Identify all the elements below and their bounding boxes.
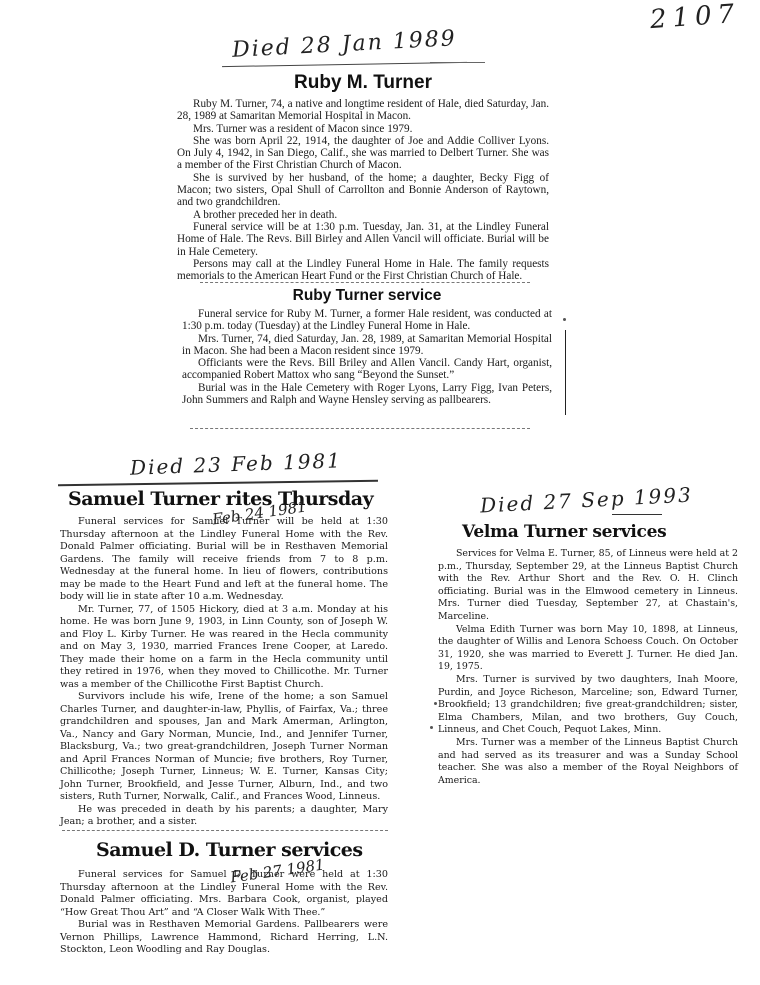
paragraph: Ruby M. Turner, 74, a native and longtim… [177,98,549,123]
paragraph: Officiants were the Revs. Bill Briley an… [182,357,552,382]
paragraph: Persons may call at the Lindley Funeral … [177,258,549,283]
ruby-service-body: Funeral service for Ruby M. Turner, a fo… [182,308,552,406]
clipping-edge [190,428,530,429]
paragraph: Funeral services for Samuel D. Turner we… [60,869,388,919]
paragraph: Mrs. Turner is survived by two daughters… [438,674,738,737]
paragraph: He was preceded in death by his parents;… [60,804,388,829]
scan-speck [430,726,433,729]
velma-services-clipping: Velma Turner services Services for Velma… [438,520,738,787]
samuel-services-clipping: Samuel D. Turner services Funeral servic… [60,837,388,957]
ruby-obituary-clipping: Ruby M. Turner Ruby M. Turner, 74, a nat… [177,68,549,282]
handwritten-death-date: Died 28 Jan 1989 [231,26,457,63]
clipping-edge [565,330,566,415]
paragraph: A brother preceded her in death. [177,209,549,221]
ruby-service-clipping: Ruby Turner service Funeral service for … [182,287,552,406]
paragraph: Mr. Turner, 77, of 1505 Hickory, died at… [60,604,388,692]
samuel-services-body: Funeral services for Samuel D. Turner we… [60,869,388,957]
paragraph: Funeral service will be at 1:30 p.m. Tue… [177,221,549,258]
ruby-obituary-body: Ruby M. Turner, 74, a native and longtim… [177,98,549,282]
handwritten-death-date: Died 23 Feb 1981 [130,448,343,479]
ruby-service-headline: Ruby Turner service [182,287,552,305]
paragraph: Burial was in the Hale Cemetery with Rog… [182,382,552,407]
paragraph: Mrs. Turner, 74, died Saturday, Jan. 28,… [182,333,552,358]
velma-services-headline: Velma Turner services [462,522,738,542]
velma-services-body: Services for Velma E. Turner, 85, of Lin… [438,548,738,787]
paragraph: Burial was in Resthaven Memorial Gardens… [60,919,388,957]
clipping-edge [200,282,530,283]
samuel-rites-headline: Samuel Turner rites Thursday [68,488,388,510]
samuel-services-headline: Samuel D. Turner services [96,839,388,861]
scan-speck [563,318,566,321]
paragraph: She was born April 22, 1914, the daughte… [177,135,549,172]
ruby-obituary-headline: Ruby M. Turner [177,72,549,94]
underline-rule [430,62,485,63]
scan-speck [434,702,437,705]
samuel-rites-body: Funeral services for Samuel Turner will … [60,516,388,829]
samuel-rites-clipping: Samuel Turner rites Thursday Funeral ser… [60,486,388,829]
page-number-annotation: 2107 [649,0,741,35]
paragraph: Funeral service for Ruby M. Turner, a fo… [182,308,552,333]
paragraph: Velma Edith Turner was born May 10, 1898… [438,624,738,674]
paragraph: She is survived by her husband, of the h… [177,172,549,209]
paragraph: Mrs. Turner was a resident of Macon sinc… [177,123,549,135]
paragraph: Mrs. Turner was a member of the Linneus … [438,737,738,787]
paragraph: Funeral services for Samuel Turner will … [60,516,388,604]
clipping-edge [62,830,388,831]
handwritten-death-date: Died 27 Sep 1993 [480,482,694,517]
underline-rule [612,514,662,515]
paragraph: Survivors include his wife, Irene of the… [60,691,388,804]
paragraph: Services for Velma E. Turner, 85, of Lin… [438,548,738,624]
